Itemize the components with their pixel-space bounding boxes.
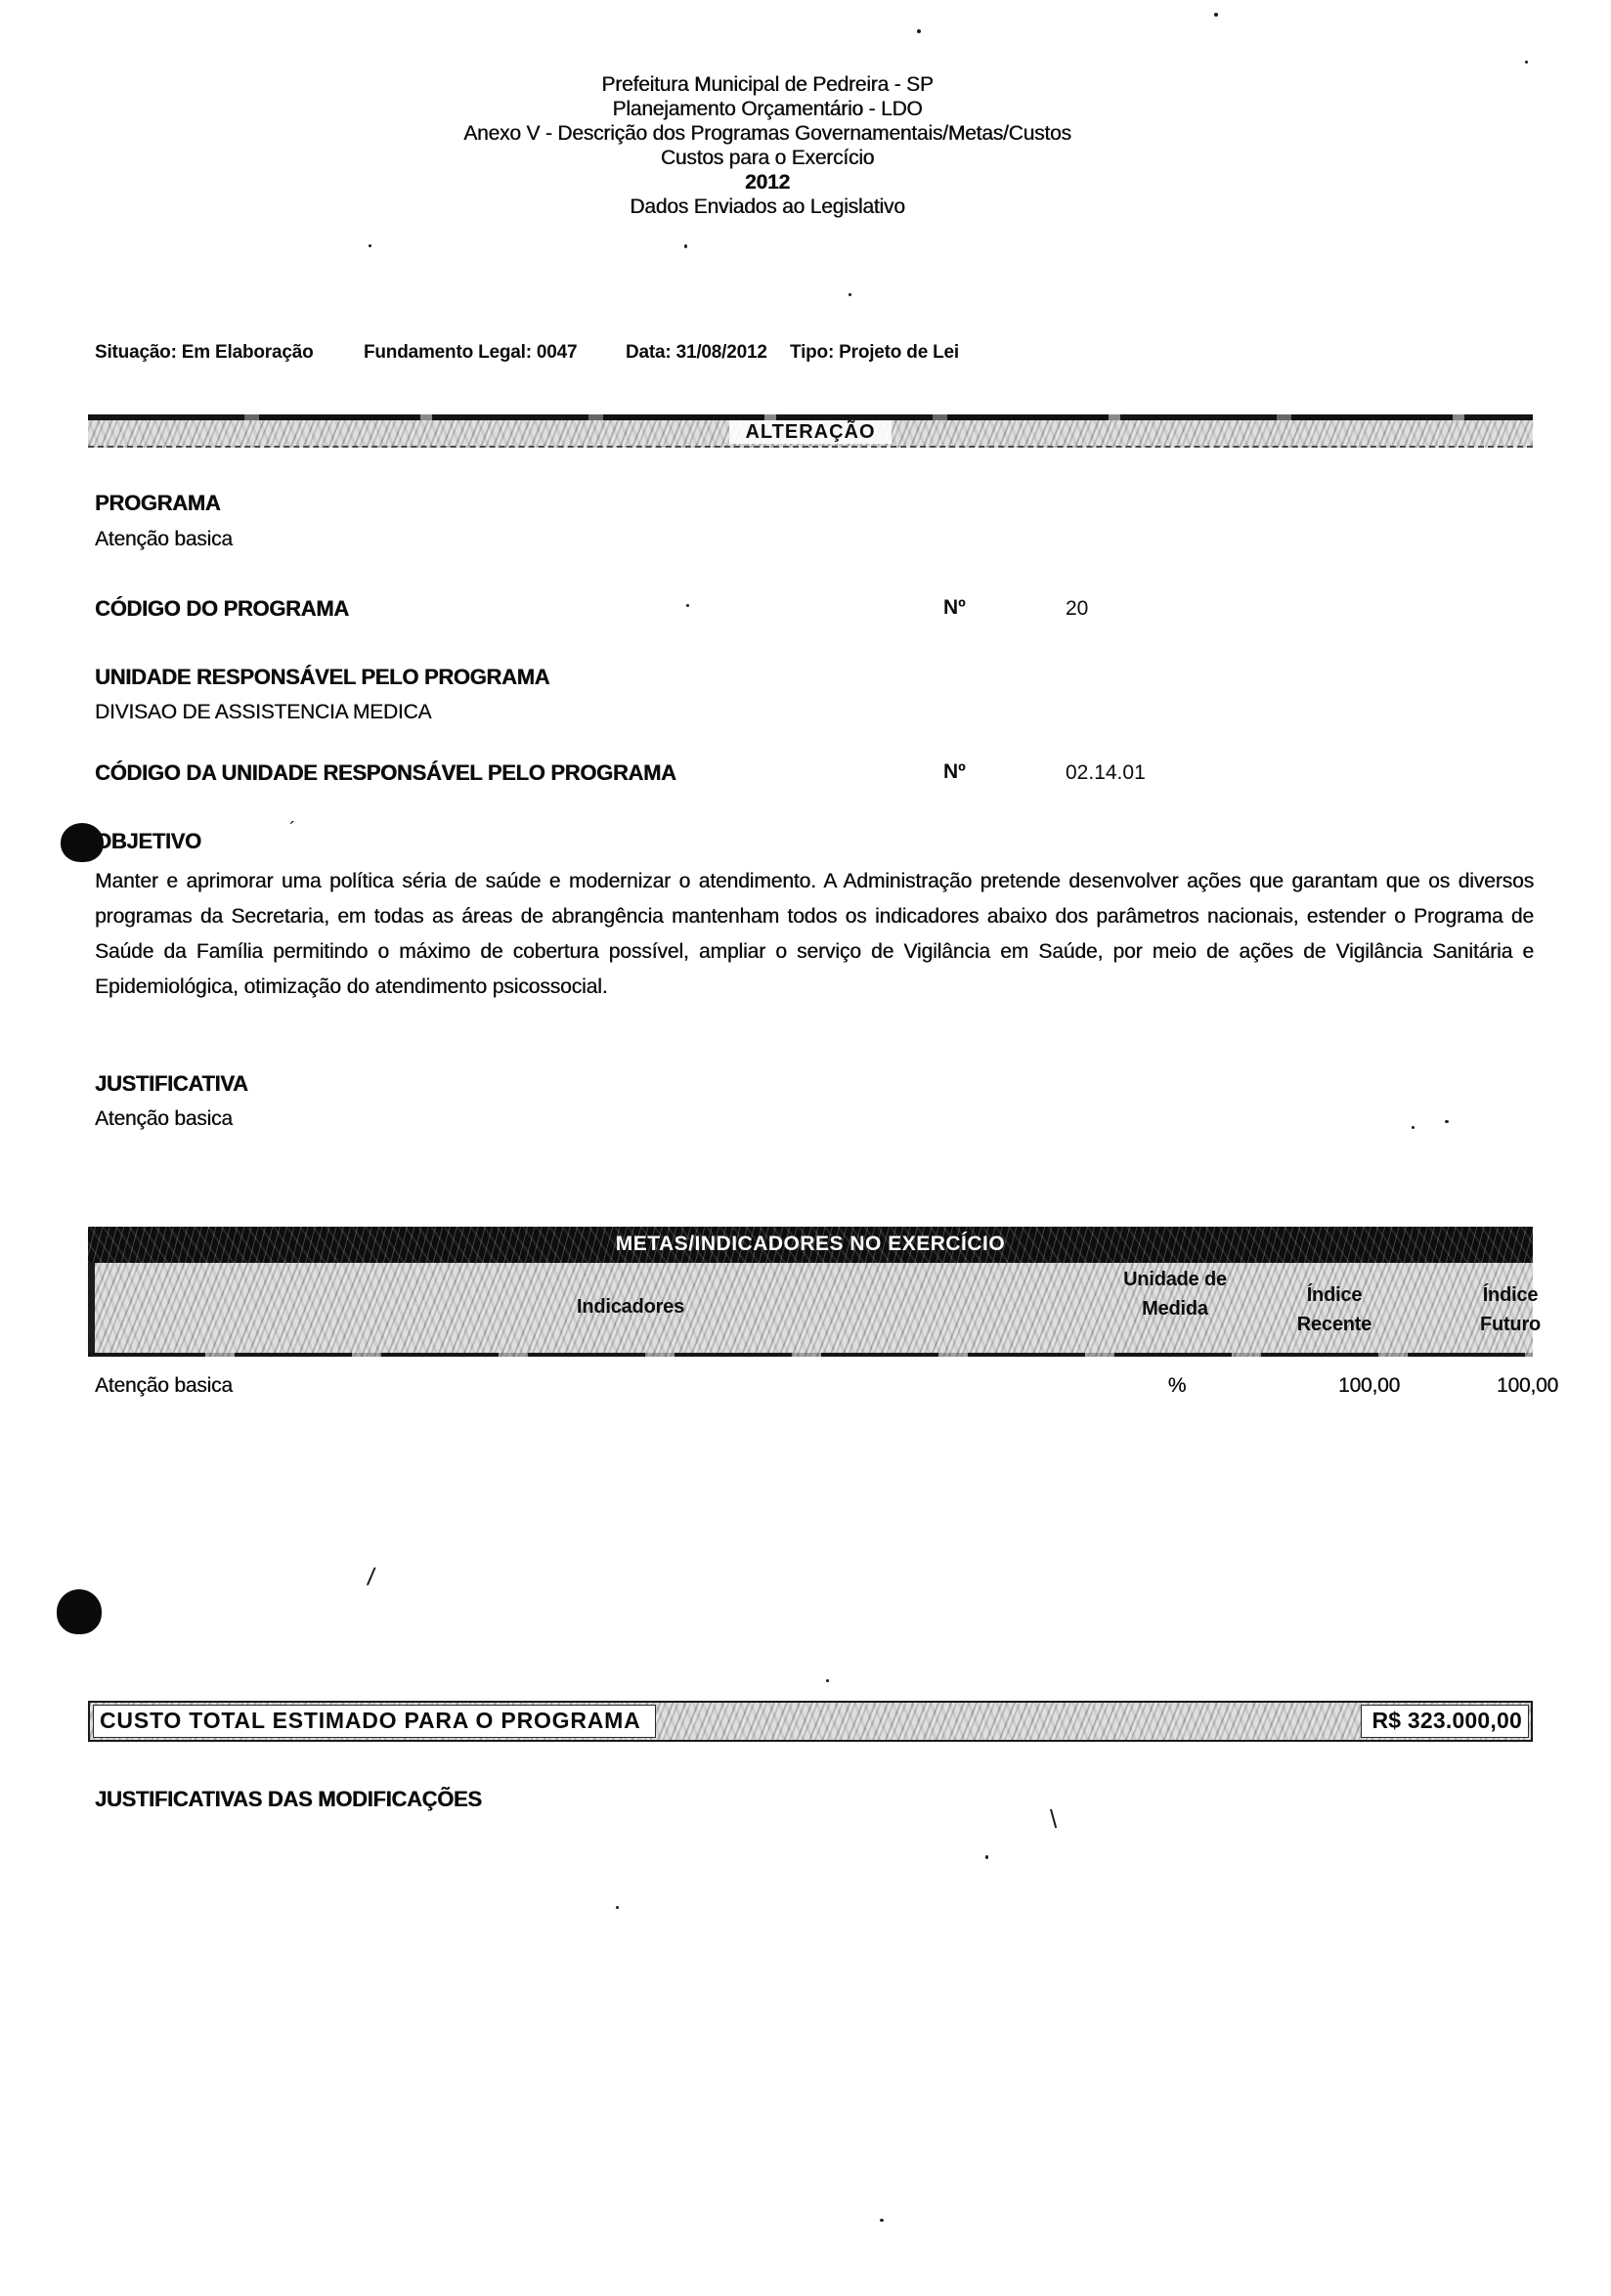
programa-label: PROGRAMA [95,491,220,516]
scan-stray-mark: \ [1050,1804,1057,1835]
scan-speckle [1445,1120,1449,1123]
justificativas-modificacoes-label: JUSTIFICATIVAS DAS MODIFICAÇÕES [95,1787,482,1812]
col-unidade-medida: Unidade de Medida [1117,1265,1233,1323]
row-unidade: % [1157,1374,1197,1398]
scan-speckle [684,244,687,248]
col-indice-recente: Índice Recente [1269,1280,1400,1339]
row-indice-recente: 100,00 [1300,1374,1400,1398]
header-year: 2012 [0,170,1535,195]
header-costs-line: Custos para o Exercício [0,146,1535,170]
codigo-programa-numero-label: Nº [943,596,966,620]
row-indice-futuro: 100,00 [1459,1374,1558,1398]
scan-speckle [369,244,371,247]
header-sent-line: Dados Enviados ao Legislativo [0,195,1535,219]
custo-total-value: R$ 323.000,00 [1362,1706,1528,1737]
unidade-responsavel-label: UNIDADE RESPONSÁVEL PELO PROGRAMA [95,665,549,690]
scan-speckle [826,1679,829,1682]
codigo-programa-value: 20 [1066,597,1088,621]
metas-table-header-bottom-rule [88,1353,1533,1357]
scan-speckle [616,1906,619,1909]
metas-banner-title: METAS/INDICADORES NO EXERCÍCIO [88,1233,1533,1256]
objetivo-label: OBJETIVO [95,829,201,854]
col-indice-futuro: Índice Futuro [1450,1280,1571,1339]
document-page: Prefeitura Municipal de Pedreira - SP Pl… [0,0,1611,2296]
punch-hole-mark [57,1589,102,1634]
programa-value: Atenção basica [95,528,233,551]
metas-banner: METAS/INDICADORES NO EXERCÍCIO [88,1227,1533,1263]
status-tipo: Tipo: Projeto de Lei [790,342,959,364]
status-fundamento-legal: Fundamento Legal: 0047 [364,342,577,364]
alteracao-banner: ALTERAÇÃO [88,414,1533,448]
justificativa-value: Atenção basica [95,1107,233,1131]
header-annex-line: Anexo V - Descrição dos Programas Govern… [0,121,1535,146]
codigo-unidade-label: CÓDIGO DA UNIDADE RESPONSÁVEL PELO PROGR… [95,760,676,786]
objetivo-text: Manter e aprimorar uma política séria de… [95,864,1534,1005]
scan-speckle [985,1855,988,1859]
custo-total-band: CUSTO TOTAL ESTIMADO PARA O PROGRAMA R$ … [88,1701,1533,1742]
scan-speckle [1214,13,1218,17]
status-data: Data: 31/08/2012 [626,342,767,364]
scan-stray-mark: ´ [289,819,296,842]
header-system-line: Planejamento Orçamentário - LDO [0,97,1535,121]
row-indicador: Atenção basica [95,1374,233,1398]
custo-total-label: CUSTO TOTAL ESTIMADO PARA O PROGRAMA [94,1706,655,1737]
codigo-programa-label: CÓDIGO DO PROGRAMA [95,596,349,622]
status-situacao: Situação: Em Elaboração [95,342,313,364]
codigo-unidade-value: 02.14.01 [1066,761,1146,785]
scan-speckle [880,2219,884,2222]
scan-speckle [917,29,921,33]
justificativa-label: JUSTIFICATIVA [95,1071,248,1097]
report-header: Prefeitura Municipal de Pedreira - SP Pl… [0,72,1535,219]
scan-stray-mark: / [366,1562,376,1593]
col-indicadores: Indicadores [533,1292,728,1321]
unidade-responsavel-value: DIVISAO DE ASSISTENCIA MEDICA [95,701,431,724]
scan-speckle [1412,1126,1415,1129]
header-org-line: Prefeitura Municipal de Pedreira - SP [0,72,1535,97]
alteracao-banner-title: ALTERAÇÃO [88,421,1533,444]
codigo-unidade-numero-label: Nº [943,760,966,784]
scan-speckle [1525,61,1528,64]
scan-speckle [849,293,851,296]
scan-speckle [686,604,689,607]
